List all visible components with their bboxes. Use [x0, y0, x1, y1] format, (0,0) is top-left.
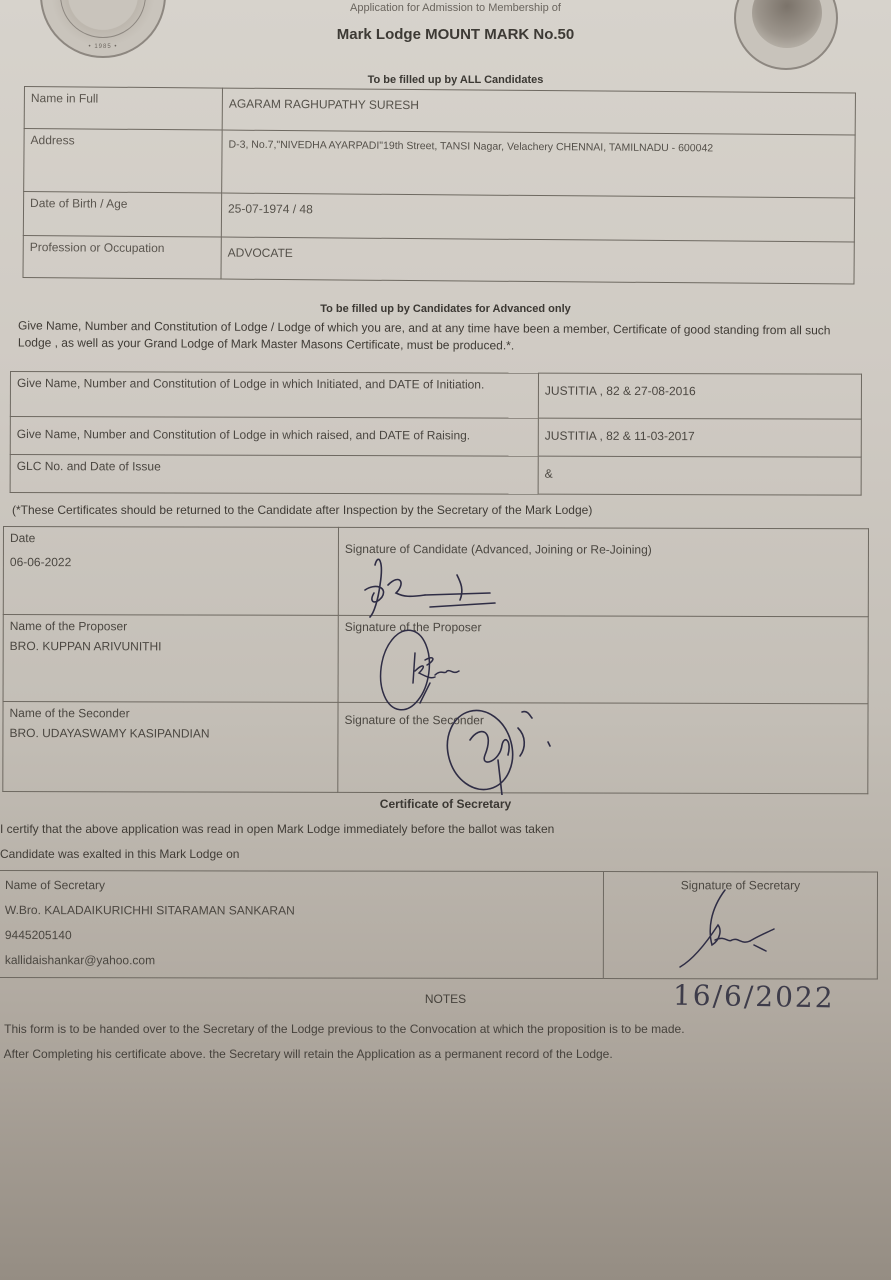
seconder-label: Name of the Seconder: [9, 706, 331, 721]
secretary-signature-label: Signature of Secretary: [610, 878, 871, 892]
table-row: Give Name, Number and Constitution of Lo…: [10, 417, 861, 458]
table-row: Profession or Occupation ADVOCATE: [23, 235, 854, 284]
advanced-instructions: Give Name, Number and Constitution of Lo…: [18, 317, 853, 356]
proposer-signature-label: Signature of the Proposer: [345, 620, 862, 635]
field-label-glc: GLC No. and Date of Issue: [10, 455, 538, 495]
proposer-cell: Name of the Proposer BRO. KUPPAN ARIVUNI…: [3, 615, 338, 703]
field-value-profession[interactable]: ADVOCATE: [221, 237, 854, 284]
table-row: Name of Secretary W.Bro. KALADAIKURICHHI…: [0, 871, 877, 980]
table-row: Name of the Seconder BRO. UDAYASWAMY KAS…: [3, 702, 868, 794]
secretary-email[interactable]: kallidaishankar@yahoo.com: [5, 948, 597, 974]
proposer-label: Name of the Proposer: [10, 619, 332, 634]
seal-year: • 1985 •: [42, 44, 164, 50]
field-value-raising[interactable]: JUSTITIA , 82 & 11-03-2017: [538, 418, 861, 457]
seconder-signature-cell[interactable]: Signature of the Seconder: [338, 702, 868, 793]
certificates-footnote: (*These Certificates should be returned …: [12, 502, 592, 519]
secretary-exalted-text: Candidate was exalted in this Mark Lodge…: [0, 846, 239, 863]
seconder-signature-label: Signature of the Seconder: [344, 713, 861, 728]
field-value-dob-age[interactable]: 25-07-1974 / 48: [221, 193, 854, 242]
table-row: Address D-3, No.7,"NIVEDHA AYARPADI"19th…: [24, 129, 855, 199]
date-value[interactable]: 06-06-2022: [10, 555, 332, 570]
field-value-glc[interactable]: &: [538, 456, 861, 495]
notes-heading: NOTES: [0, 992, 891, 1006]
field-label-dob-age: Date of Birth / Age: [23, 192, 221, 238]
secretary-phone[interactable]: 9445205140: [5, 923, 597, 949]
field-label-name: Name in Full: [24, 87, 222, 131]
field-label-address: Address: [24, 129, 222, 194]
seconder-cell: Name of the Seconder BRO. UDAYASWAMY KAS…: [3, 702, 338, 793]
secretary-details-cell: Name of Secretary W.Bro. KALADAIKURICHHI…: [0, 871, 603, 979]
proposer-name[interactable]: BRO. KUPPAN ARIVUNITHI: [10, 639, 332, 654]
date-cell: Date 06-06-2022: [3, 527, 338, 616]
field-label-profession: Profession or Occupation: [23, 235, 221, 279]
secretary-certificate-heading: Certificate of Secretary: [0, 797, 891, 811]
candidate-signature-label: Signature of Candidate (Advanced, Joinin…: [345, 542, 862, 557]
field-value-name[interactable]: AGARAM RAGHUPATHY SURESH: [222, 88, 855, 135]
note-item-2: 2. After Completing his certificate abov…: [0, 1047, 613, 1061]
secretary-table: Name of Secretary W.Bro. KALADAIKURICHHI…: [0, 870, 878, 980]
table-row: Name in Full AGARAM RAGHUPATHY SURESH: [24, 87, 855, 136]
date-label: Date: [10, 531, 332, 546]
table-row: Give Name, Number and Constitution of Lo…: [10, 372, 861, 420]
advanced-heading: To be filled up by Candidates for Advanc…: [0, 303, 891, 315]
secretary-signature-cell[interactable]: Signature of Secretary: [603, 872, 877, 979]
secretary-certify-text: I certify that the above application was…: [0, 821, 554, 838]
table-row: GLC No. and Date of Issue &: [10, 455, 861, 496]
candidate-signature-cell[interactable]: Signature of Candidate (Advanced, Joinin…: [338, 527, 868, 616]
form-title: Mark Lodge MOUNT MARK No.50: [0, 26, 891, 43]
signatures-table: Date 06-06-2022 Signature of Candidate (…: [2, 526, 869, 794]
all-candidates-heading: To be filled up by ALL Candidates: [0, 74, 891, 86]
seconder-name[interactable]: BRO. UDAYASWAMY KASIPANDIAN: [9, 726, 331, 741]
field-value-address[interactable]: D-3, No.7,"NIVEDHA AYARPADI"19th Street,…: [222, 130, 855, 198]
field-label-raising: Give Name, Number and Constitution of Lo…: [10, 417, 538, 457]
note-item-1: 1. This form is to be handed over to the…: [0, 1022, 685, 1036]
table-row: Date 06-06-2022 Signature of Candidate (…: [3, 527, 868, 617]
secretary-name-label: Name of Secretary: [5, 873, 597, 899]
table-row: Name of the Proposer BRO. KUPPAN ARIVUNI…: [3, 615, 868, 704]
field-label-initiation: Give Name, Number and Constitution of Lo…: [10, 372, 538, 419]
candidate-details-table: Name in Full AGARAM RAGHUPATHY SURESH Ad…: [22, 86, 855, 285]
table-row: Date of Birth / Age 25-07-1974 / 48: [23, 192, 854, 243]
form-subtitle: Application for Admission to Membership …: [0, 2, 891, 14]
secretary-name[interactable]: W.Bro. KALADAIKURICHHI SITARAMAN SANKARA…: [5, 898, 597, 924]
lodge-history-table: Give Name, Number and Constitution of Lo…: [10, 371, 862, 496]
field-value-initiation[interactable]: JUSTITIA , 82 & 27-08-2016: [538, 373, 861, 419]
proposer-signature-cell[interactable]: Signature of the Proposer: [338, 615, 868, 703]
